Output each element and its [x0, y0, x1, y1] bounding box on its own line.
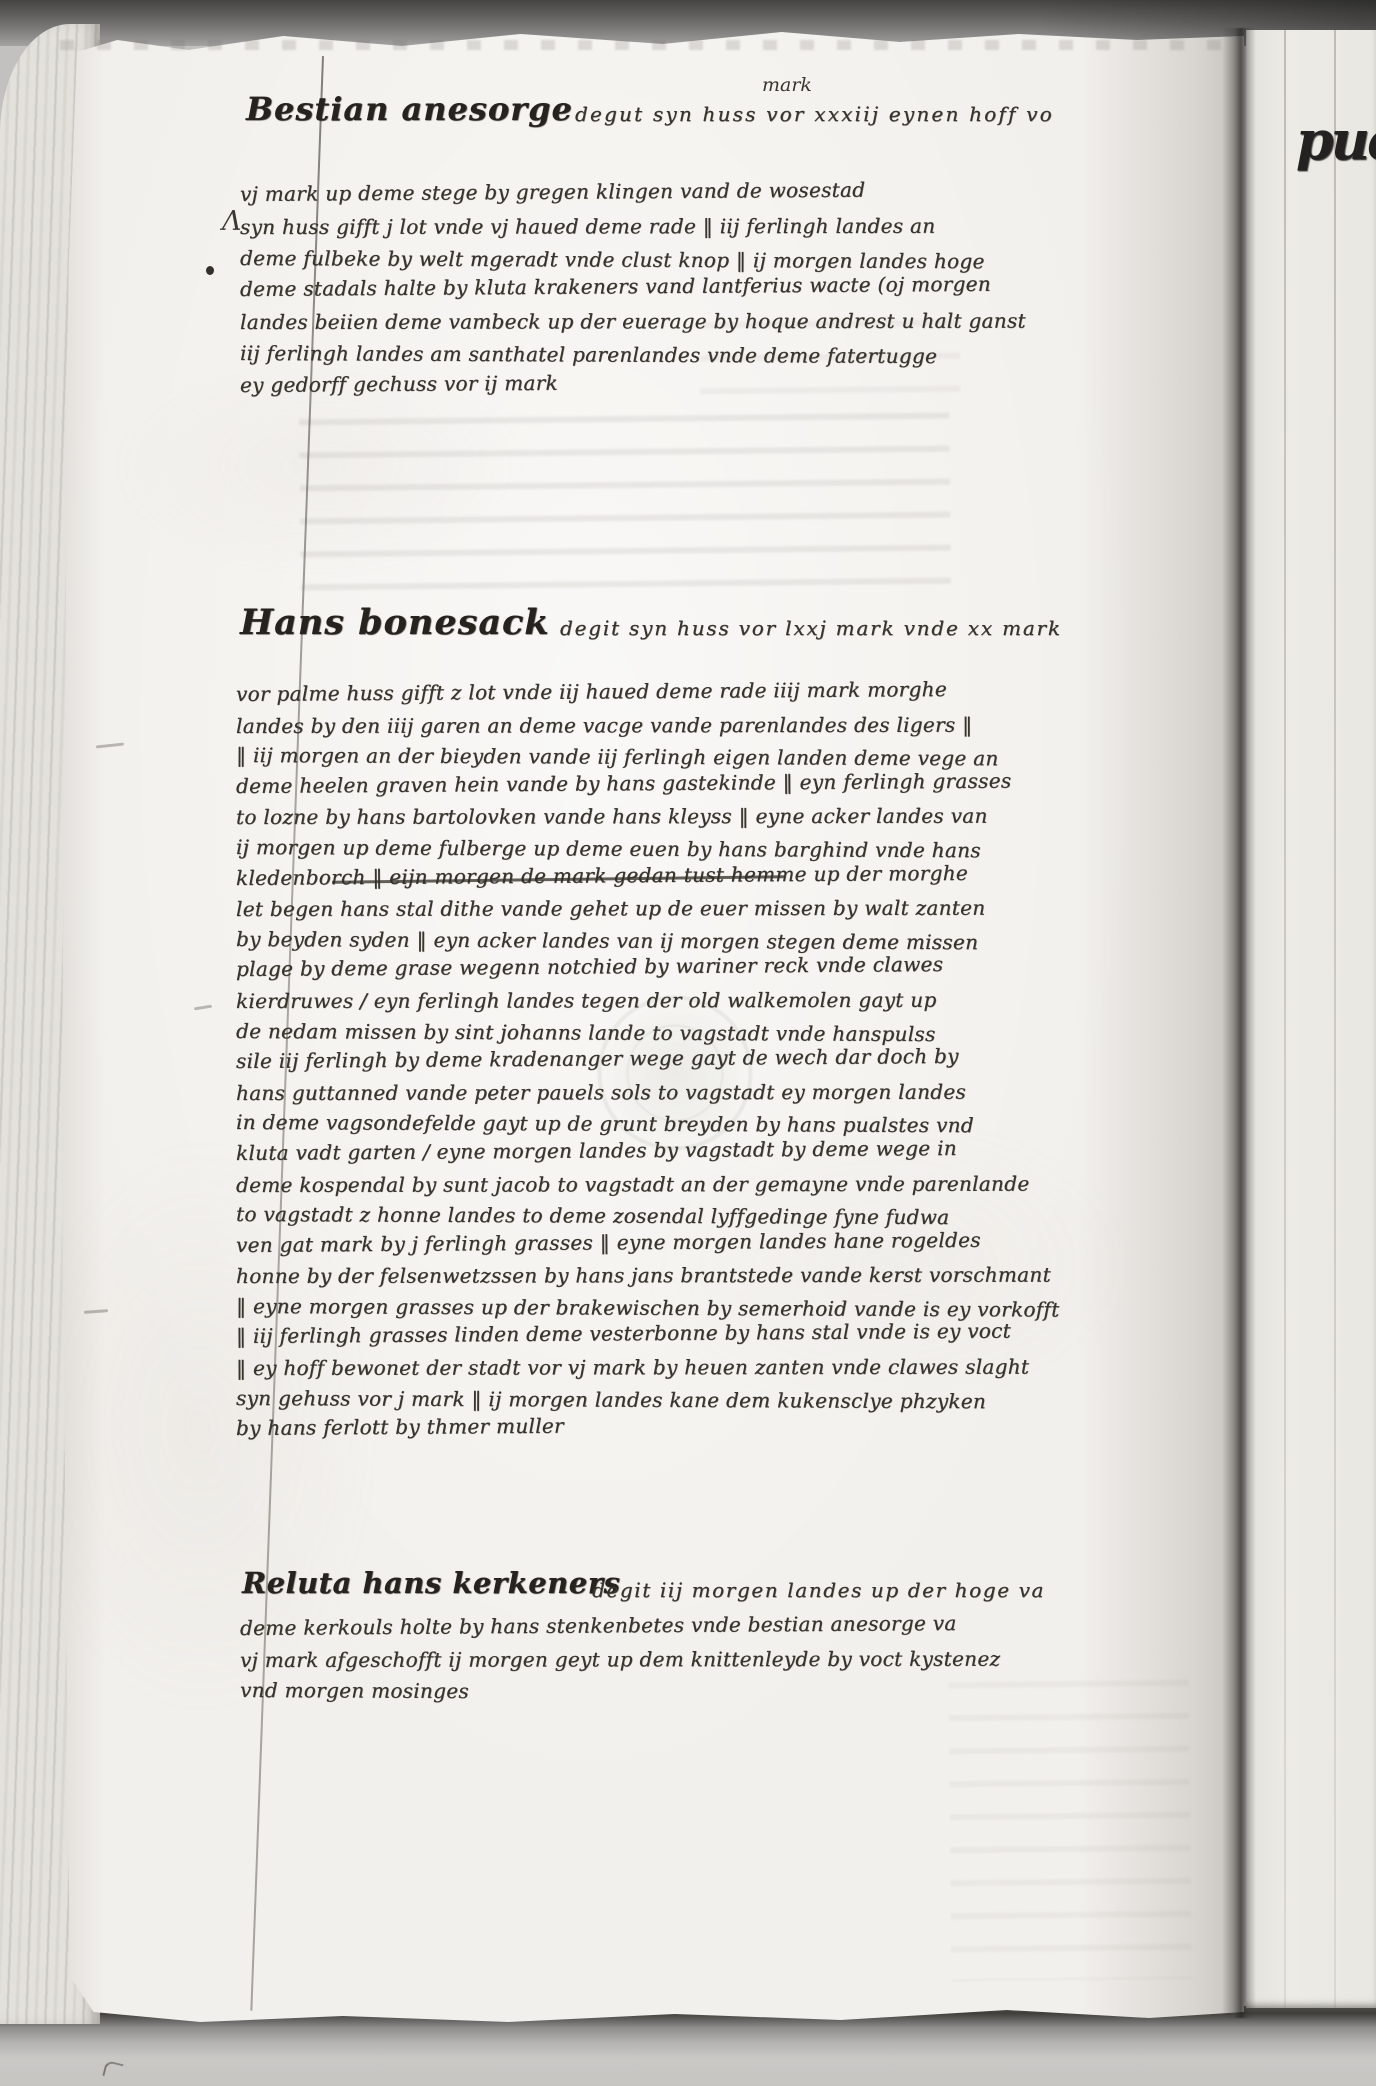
manuscript-line: ven gat mark by j ferlingh grasses ‖ eyn… — [236, 1226, 1236, 1264]
page-fold-line — [1284, 30, 1286, 2008]
paragraph-first-line: degit iij morgen landes up der hoge va — [592, 1578, 1217, 1602]
ink-bleedthrough-texture — [299, 392, 951, 609]
manuscript-line: kluta vadt garten / eyne morgen landes b… — [236, 1134, 1236, 1172]
manuscript-line: hans guttanned vande peter pauels sols t… — [236, 1079, 1236, 1111]
manuscript-line: honne by der felsenwetzssen by hans jans… — [236, 1263, 1236, 1295]
superscript-mark-note: mark — [762, 74, 812, 96]
manuscript-line: ‖ ey hoff bewonet der stadt vor vj mark … — [236, 1354, 1236, 1386]
paragraph-heading-reluta: Reluta hans kerkeners — [242, 1566, 620, 1600]
manuscript-line: vnd morgen mosinges — [240, 1678, 1230, 1713]
paragraph-heading-bestian: Bestian anesorge — [246, 90, 573, 128]
manuscript-line: deme kospendal by sunt jacob to vagstadt… — [236, 1171, 1236, 1203]
paragraph-lines: deme kerkouls holte by hans stenkenbetes… — [240, 1616, 1230, 1709]
paragraph-lines: vor palme huss gifft z lot vnde iij haue… — [236, 682, 1236, 1447]
next-page-heading-fragment: puc — [1296, 108, 1376, 172]
manuscript-line: ‖ iij ferlingh grasses linden deme veste… — [236, 1317, 1236, 1355]
manuscript-line: vj mark afgeschofft ij morgen geyt up de… — [240, 1646, 1230, 1679]
torn-top-edge-fibres — [60, 40, 1240, 50]
paragraph-heading-hans-bonesack: Hans bonesack — [240, 602, 550, 643]
paragraph-lines: vj mark up deme stege by gregen klingen … — [240, 182, 1230, 405]
page-gutter-shadow — [1222, 28, 1256, 2018]
paragraph-first-line: degut syn huss vor xxxiij eynen hoff vo — [575, 102, 1215, 126]
manuscript-line: by hans ferlott by thmer muller — [236, 1409, 1236, 1447]
manuscript-line: deme stadals halte by kluta krakeners va… — [240, 270, 1230, 309]
manuscript-line: plage by deme grase wegenn notchied by w… — [236, 950, 1236, 988]
manuscript-line: syn huss gifft j lot vnde vj haued deme … — [240, 213, 1230, 247]
manuscript-line: landes by den iiij garen an deme vacge v… — [236, 712, 1236, 744]
manuscript-line: deme heelen graven hein vande by hans ga… — [236, 767, 1236, 805]
manuscript-line: landes beiien deme vambeck up der euerag… — [240, 308, 1230, 342]
manuscript-line: deme kerkouls holte by hans stenkenbetes… — [240, 1609, 1230, 1647]
manuscript-line: let begen hans stal dithe vande gehet up… — [236, 895, 1236, 927]
manuscript-line: sile iij ferlingh by deme kradenanger we… — [236, 1042, 1236, 1080]
manuscript-line: to lozne by hans bartolovken vande hans … — [236, 804, 1236, 836]
margin-ink-dot — [206, 266, 214, 275]
margin-caret-mark: Λ — [222, 206, 242, 237]
manuscript-photo: Bestian anesorge mark degut syn huss vor… — [0, 0, 1376, 2086]
manuscript-line: vj mark up deme stege by gregen klingen … — [240, 175, 1230, 214]
manuscript-line: kierdruwes / eyn ferlingh landes tegen d… — [236, 987, 1236, 1019]
next-page-edge — [1246, 30, 1376, 2008]
page-fold-line — [1334, 30, 1336, 2008]
manuscript-line: ey gedorff gechuss vor ij mark — [240, 366, 1230, 405]
manuscript-line: vor palme huss gifft z lot vnde iij haue… — [236, 675, 1236, 713]
paragraph-first-line: degit syn huss vor lxxj mark vnde xx mar… — [560, 616, 1215, 640]
